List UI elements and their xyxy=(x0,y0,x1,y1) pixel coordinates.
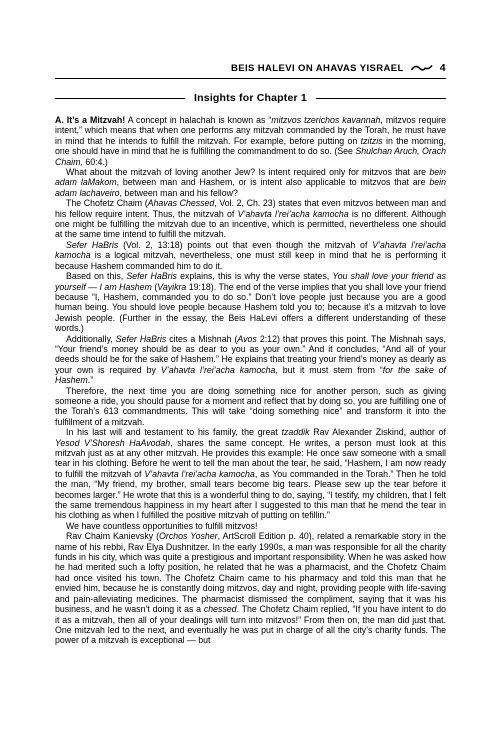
section-heading-row: Insights for Chapter 1 xyxy=(55,92,446,104)
body-paragraphs: A. It’s a Mitzvah! A concept in halachah… xyxy=(55,115,446,646)
running-header: BEIS HALEVI ON AHAVAS YISRAEL 4 xyxy=(55,62,446,74)
header-rule xyxy=(55,78,446,79)
section-heading: Insights for Chapter 1 xyxy=(185,92,316,104)
paragraph: The Chofetz Chaim (Ahavas Chessed, Vol. … xyxy=(55,198,446,240)
page-number: 4 xyxy=(440,62,446,74)
header-title: BEIS HALEVI ON AHAVAS YISRAEL xyxy=(231,63,404,74)
book-page: BEIS HALEVI ON AHAVAS YISRAEL 4 Insights… xyxy=(0,0,500,751)
paragraph: In his last will and testament to his fa… xyxy=(55,427,446,521)
heading-rule-left xyxy=(55,98,185,99)
swash-ornament-icon xyxy=(411,63,433,73)
page-header: BEIS HALEVI ON AHAVAS YISRAEL 4 xyxy=(55,62,446,79)
paragraph: What about the mitzvah of loving another… xyxy=(55,167,446,198)
heading-rule-right xyxy=(316,98,446,99)
paragraph: Therefore, the next time you are doing s… xyxy=(55,386,446,428)
paragraph: Sefer HaBris (Vol. 2, 13:18) points out … xyxy=(55,240,446,271)
paragraph: Based on this, Sefer HaBris explains, th… xyxy=(55,271,446,333)
paragraph: Rav Chaim Kanievsky (Orchos Yosher, ArtS… xyxy=(55,531,446,645)
paragraph: Additionally, Sefer HaBris cites a Mishn… xyxy=(55,334,446,386)
paragraph: We have countless opportunities to fulfi… xyxy=(55,521,446,531)
paragraph: A. It’s a Mitzvah! A concept in halachah… xyxy=(55,115,446,167)
